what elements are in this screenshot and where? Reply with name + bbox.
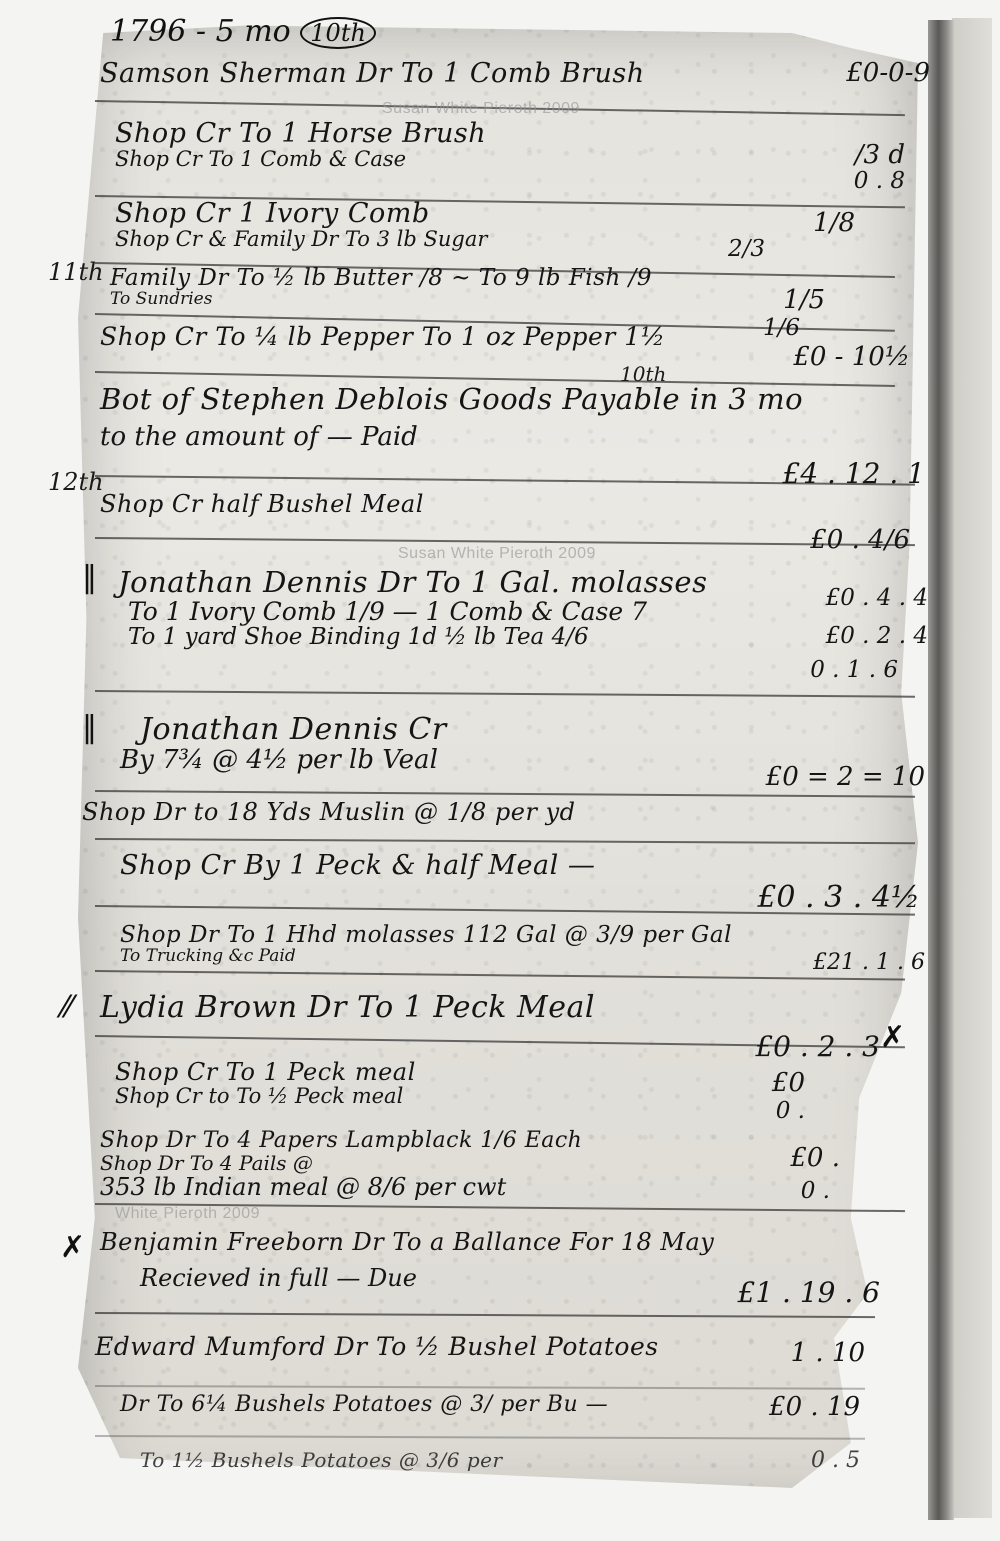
entry-amount: £0 . (790, 1143, 840, 1173)
ledger-entry: Shop Cr 1 Ivory Comb Shop Cr & Family Dr… (115, 198, 915, 251)
entry-amount: £0 - 10½ (793, 342, 910, 372)
ledger-entry: Bot of Stephen Deblois Goods Payable in … (100, 382, 930, 452)
entry-text: Shop Cr To 1 Peck meal (115, 1058, 416, 1086)
ledger-entry: Shop Dr To 4 Papers Lampblack 1/6 Each S… (100, 1128, 860, 1201)
ledger-entry: Jonathan Dennis Dr To 1 Gal. molasses To… (118, 565, 918, 650)
ledger-entry: Shop Cr To 1 Peck meal Shop Cr to To ½ P… (115, 1058, 825, 1108)
entry-subtext: To 1 Ivory Comb 1/9 — 1 Comb & Case 7 (128, 597, 918, 626)
entry-amount: £0 = 2 = 10 (766, 762, 925, 792)
watermark: White Pieroth 2009 (115, 1205, 260, 1223)
entry-amount-2: 0 . 8 (854, 168, 905, 194)
entry-text: Shop Cr half Bushel Meal (100, 490, 424, 518)
entry-text: Edward Mumford Dr To ½ Bushel Potatoes (95, 1332, 659, 1361)
entry-amount: £0 (772, 1068, 805, 1098)
ledger-entry: Family Dr To ½ lb Butter /8 ~ To 9 lb Fi… (110, 265, 910, 309)
entry-subtext: to the amount of — Paid (100, 422, 930, 452)
entry-amount-3: 0 . 1 . 6 (810, 657, 898, 683)
entry-subtext: Shop Cr To 1 Comb & Case (115, 147, 915, 171)
ledger-entry: Shop Dr to 18 Yds Muslin @ 1/8 per yd (82, 798, 912, 826)
ledger-entry: Shop Cr By 1 Peck & half Meal — £0 . 3 .… (120, 850, 920, 881)
ledger-entry: To 1½ Bushels Potatoes @ 3/6 per 0 . 5 (140, 1448, 860, 1472)
ledger-entry: Edward Mumford Dr To ½ Bushel Potatoes 1… (95, 1332, 865, 1361)
entry-amount: 1/8 (813, 208, 855, 238)
cross-mark: ‖ (82, 710, 97, 745)
entry-amount: £0 . 3 . 4½ (757, 880, 920, 915)
entry-amount: £0 . 4/6 (810, 525, 910, 555)
cross-mark: ‖ (82, 560, 97, 595)
entry-text: Shop Dr To 4 Papers Lampblack 1/6 Each (100, 1128, 582, 1153)
entry-amount-2: 0 . (801, 1178, 830, 1204)
entry-amount: 1 . 10 (791, 1338, 865, 1368)
entry-amount-2: 2/3 (728, 236, 765, 262)
ledger-entry: Jonathan Dennis Cr By 7¾ @ 4½ per lb Vea… (140, 712, 920, 775)
ledger-entry: Lydia Brown Dr To 1 Peck Meal £0 . 2 . 3 (100, 990, 900, 1025)
entry-subtext: Shop Cr to To ½ Peck meal (115, 1084, 825, 1108)
entry-text: Jonathan Dennis Dr To 1 Gal. molasses (118, 565, 707, 599)
entry-amount-2: £0 . 2 . 4 (826, 623, 928, 649)
cross-mark: ✗ (880, 1020, 905, 1055)
entry-text: Shop Dr to 18 Yds Muslin @ 1/8 per yd (82, 798, 575, 826)
entry-amount-2: 0 . (776, 1098, 805, 1124)
entry-amount: £1 . 19 . 6 (738, 1276, 880, 1309)
binding-spine (928, 20, 954, 1520)
entry-amount: £0-0-9 (846, 58, 930, 88)
ledger-entry: Shop Cr To ¼ lb Pepper To 1 oz Pepper 1½… (100, 322, 930, 351)
entry-amount: £0 . 4 . 4 (826, 585, 928, 611)
ledger-entry: Shop Cr half Bushel Meal £0 . 4/6 (100, 490, 930, 518)
entry-subtext: Shop Cr & Family Dr To 3 lb Sugar (115, 227, 915, 251)
entry-amount: £0 . 19 (769, 1392, 860, 1422)
adjacent-page-edge (952, 18, 992, 1518)
header-year: 1796 (110, 14, 186, 49)
ledger-entry: Shop Cr To 1 Horse Brush Shop Cr To 1 Co… (115, 118, 915, 171)
entry-text: Jonathan Dennis Cr (140, 712, 447, 747)
entry-text: Lydia Brown Dr To 1 Peck Meal (100, 990, 595, 1025)
margin-date-12th: 12th (48, 468, 104, 496)
entry-text: Shop Cr 1 Ivory Comb (115, 198, 430, 229)
entry-text: Shop Dr To 1 Hhd molasses 112 Gal @ 3/9 … (120, 922, 732, 948)
entry-subtext-2: To 1 yard Shoe Binding 1d ½ lb Tea 4/6 (128, 624, 918, 650)
cross-mark: ✗ (60, 1230, 85, 1265)
entry-text: Family Dr To ½ lb Butter /8 ~ To 9 lb Fi… (110, 265, 652, 291)
entry-text: Shop Cr To 1 Horse Brush (115, 118, 486, 149)
entry-amount: /3 d (855, 140, 905, 170)
ledger-entry: Dr To 6¼ Bushels Potatoes @ 3/ per Bu — … (120, 1392, 860, 1417)
watermark: Susan White Pieroth 2009 (382, 100, 580, 118)
entry-text: To 1½ Bushels Potatoes @ 3/6 per (140, 1448, 503, 1472)
entry-amount: £21 . 1 . 6 (813, 950, 925, 975)
header-day-circled: 10th (300, 17, 376, 49)
entry-text: Samson Sherman Dr To 1 Comb Brush (100, 58, 645, 89)
page-header: 1796 - 5 mo 10th (110, 14, 376, 49)
entry-text: Shop Cr To ¼ lb Pepper To 1 oz Pepper 1½ (100, 322, 665, 351)
entry-text: Bot of Stephen Deblois Goods Payable in … (100, 382, 803, 416)
cross-mark: ⁄⁄ (62, 990, 72, 1025)
entry-amount: 0 . 5 (811, 1448, 860, 1473)
header-month: 5 mo (216, 14, 291, 49)
entry-amount: 1/5 (783, 285, 825, 315)
ledger-entry: Shop Dr To 1 Hhd molasses 112 Gal @ 3/9 … (120, 922, 920, 966)
ledger-entry: Samson Sherman Dr To 1 Comb Brush £0-0-9 (100, 58, 930, 89)
entry-text: Benjamin Freeborn Dr To a Ballance For 1… (100, 1228, 714, 1256)
entry-subtext: Shop Dr To 4 Pails @ (100, 1151, 860, 1175)
entry-subtext-2: 353 lb Indian meal @ 8/6 per cwt (100, 1173, 860, 1201)
entry-text: Shop Cr By 1 Peck & half Meal — (120, 850, 595, 881)
entry-text: Dr To 6¼ Bushels Potatoes @ 3/ per Bu — (120, 1392, 608, 1417)
margin-date-11th: 11th (48, 258, 104, 286)
entry-amount: £4 . 12 . 1 (783, 457, 925, 490)
entry-subtext: To Trucking &c Paid (120, 946, 920, 966)
ledger-entry: Benjamin Freeborn Dr To a Ballance For 1… (100, 1228, 880, 1292)
watermark: Susan White Pieroth 2009 (398, 545, 596, 563)
